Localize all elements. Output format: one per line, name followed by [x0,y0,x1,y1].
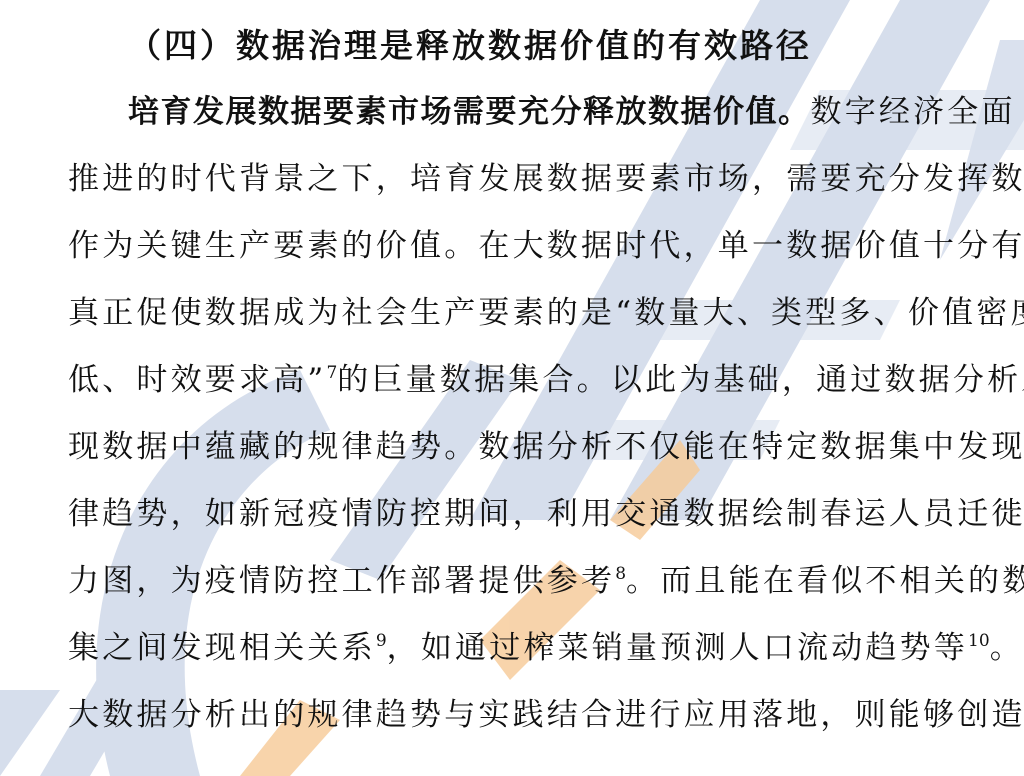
paragraph-line: 培育发展数据要素市场需要充分释放数据价值。数字经济全面 [128,90,1016,134]
footnote-ref-10[interactable]: 10 [968,631,990,651]
paragraph-line: 律趋势，如新冠疫情防控期间，利用交通数据绘制春运人员迁徙热 [68,492,1024,536]
paragraph-line: 低、时效要求高”7的巨量数据集合。以此为基础，通过数据分析发 [68,358,1024,402]
footnote-ref-7[interactable]: 7 [326,363,337,383]
paragraph-line: 力图，为疫情防控工作部署提供参考8。而且能在看似不相关的数据 [68,559,1024,603]
footnote-ref-8[interactable]: 8 [615,564,626,584]
lead-sentence: 培育发展数据要素市场需要充分释放数据价值。 [128,94,811,130]
paragraph-line: 现数据中蕴藏的规律趋势。数据分析不仅能在特定数据集中发现规 [68,425,1024,469]
section-heading: （四）数据治理是释放数据价值的有效路径 [128,24,812,68]
document-page: （四）数据治理是释放数据价值的有效路径 培育发展数据要素市场需要充分释放数据价值… [0,0,1024,776]
paragraph-line: 集之间发现相关关系9，如通过榨菜销量预测人口流动趋势等10。将 [68,626,1024,670]
paragraph-line: 作为关键生产要素的价值。在大数据时代，单一数据价值十分有限6， [68,224,1024,268]
footnote-ref-9[interactable]: 9 [376,631,387,651]
paragraph-line: 推进的时代背景之下，培育发展数据要素市场，需要充分发挥数据 [68,157,1024,201]
paragraph-line: 真正促使数据成为社会生产要素的是“数量大、类型多、价值密度 [68,291,1024,335]
paragraph-line: 大数据分析出的规律趋势与实践结合进行应用落地，则能够创造经 [68,693,1024,737]
